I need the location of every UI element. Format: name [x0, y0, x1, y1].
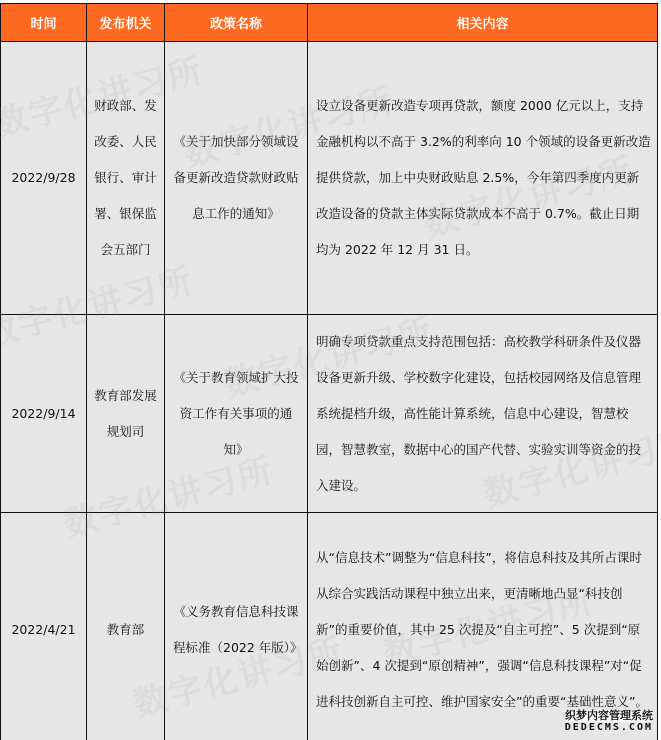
cell-agency: 教育部 [87, 513, 165, 740]
cell-agency: 教育部发展规划司 [87, 315, 165, 513]
table-row: 2022/4/21 教育部 《义务教育信息科技课程标准（2022 年版）》 从“… [1, 513, 658, 740]
header-date: 时间 [1, 4, 87, 42]
table-header-row: 时间 发布机关 政策名称 相关内容 [1, 4, 658, 42]
cell-content: 明确专项贷款重点支持范围包括：高校教学科研条件及仪器设备更新升级、学校数字化建设… [308, 315, 658, 513]
policy-table: 时间 发布机关 政策名称 相关内容 2022/9/28 财政部、发改委、人民银行… [0, 3, 658, 740]
header-policy-name: 政策名称 [165, 4, 308, 42]
cell-date: 2022/9/14 [1, 315, 87, 513]
cell-policy-name: 《关于教育领域扩大投资工作有关事项的通知》 [165, 315, 308, 513]
cell-content: 设立设备更新改造专项再贷款，额度 2000 亿元以上，支持金融机构以不高于 3.… [308, 42, 658, 315]
header-content: 相关内容 [308, 4, 658, 42]
table-row: 2022/9/14 教育部发展规划司 《关于教育领域扩大投资工作有关事项的通知》… [1, 315, 658, 513]
cell-agency: 财政部、发改委、人民银行、审计署、银保监会五部门 [87, 42, 165, 315]
table-row: 2022/9/28 财政部、发改委、人民银行、审计署、银保监会五部门 《关于加快… [1, 42, 658, 315]
cell-policy-name: 《关于加快部分领域设备更新改造贷款财政贴息工作的通知》 [165, 42, 308, 315]
cell-date: 2022/4/21 [1, 513, 87, 740]
policy-table-container: 时间 发布机关 政策名称 相关内容 2022/9/28 财政部、发改委、人民银行… [0, 3, 657, 740]
badge-en: DEDECMS.COM [565, 722, 653, 734]
cell-content: 从“信息技术”调整为“信息科技”，将信息科技及其所占课时从综合实践活动课程中独立… [308, 513, 658, 740]
dedecms-badge: 织梦内容管理系统 DEDECMS.COM [565, 710, 653, 734]
cell-date: 2022/9/28 [1, 42, 87, 315]
header-agency: 发布机关 [87, 4, 165, 42]
cell-policy-name: 《义务教育信息科技课程标准（2022 年版）》 [165, 513, 308, 740]
badge-cn: 织梦内容管理系统 [565, 710, 653, 722]
